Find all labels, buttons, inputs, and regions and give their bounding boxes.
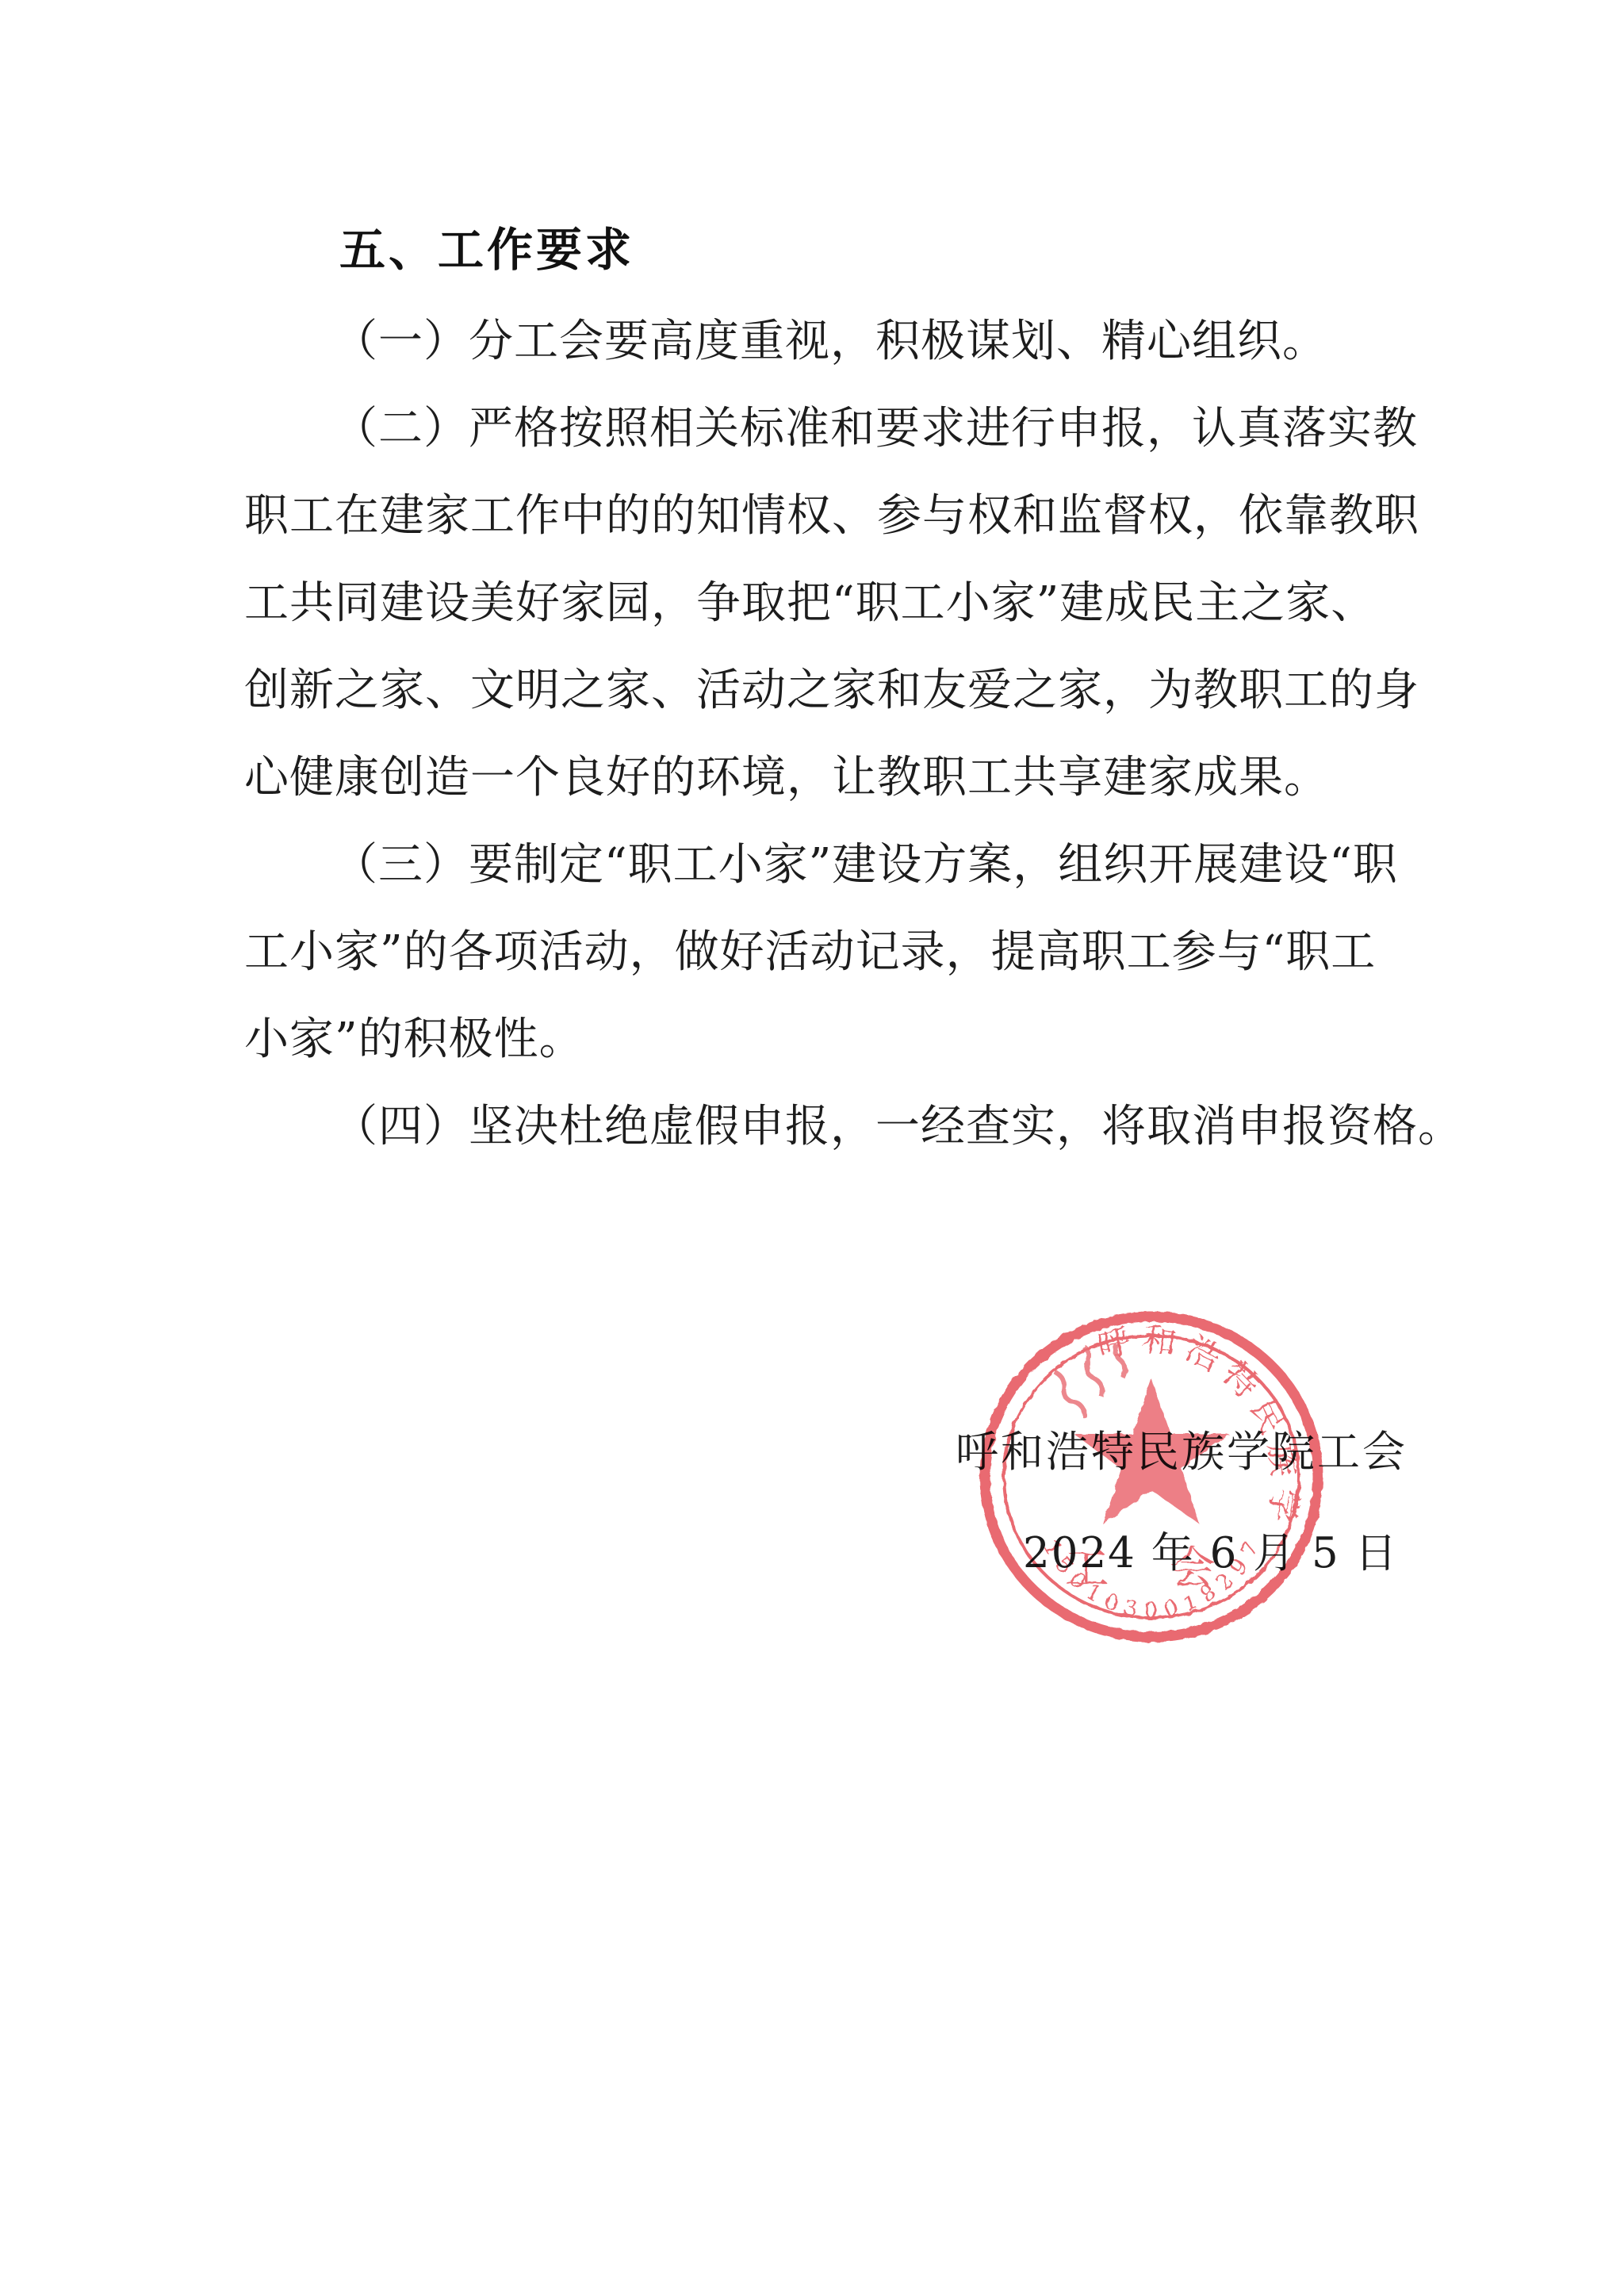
paragraph-line: （三）要制定“职工小家”建设方案，组织开展建设“职: [244, 822, 1418, 909]
paragraph-line: （一）分工会要高度重视，积极谋划、精心组织。: [244, 298, 1418, 385]
star-icon: [1074, 1378, 1229, 1524]
paragraph-line: 心健康创造一个良好的环境，让教职工共享建家成果。: [244, 734, 1418, 822]
body-text-block: （一）分工会要高度重视，积极谋划、精心组织。 （二）严格按照相关标准和要求进行申…: [244, 298, 1418, 1171]
paragraph-line: 工小家”的各项活动，做好活动记录，提高职工参与“职工: [244, 909, 1418, 996]
paragraph-line: 职工在建家工作中的的知情权、参与权和监督权，依靠教职: [244, 473, 1418, 560]
paragraph-line: （四）坚决杜绝虚假申报，一经查实，将取消申报资格。: [244, 1083, 1418, 1171]
paragraph-line: 创新之家、文明之家、活动之家和友爱之家，为教职工的身: [244, 647, 1418, 734]
paragraph-line: 工共同建设美好家园，争取把“职工小家”建成民主之家、: [244, 560, 1418, 647]
official-seal-stamp: 呼和浩特民族学院 工 会 1501030018297: [971, 1305, 1332, 1654]
section-heading: 五、工作要求: [339, 213, 634, 279]
paragraph-line: 小家”的积极性。: [244, 996, 1418, 1083]
document-page: 五、工作要求 （一）分工会要高度重视，积极谋划、精心组织。 （二）严格按照相关标…: [0, 0, 1624, 2296]
paragraph-line: （二）严格按照相关标准和要求进行申报，认真落实教: [244, 385, 1418, 473]
